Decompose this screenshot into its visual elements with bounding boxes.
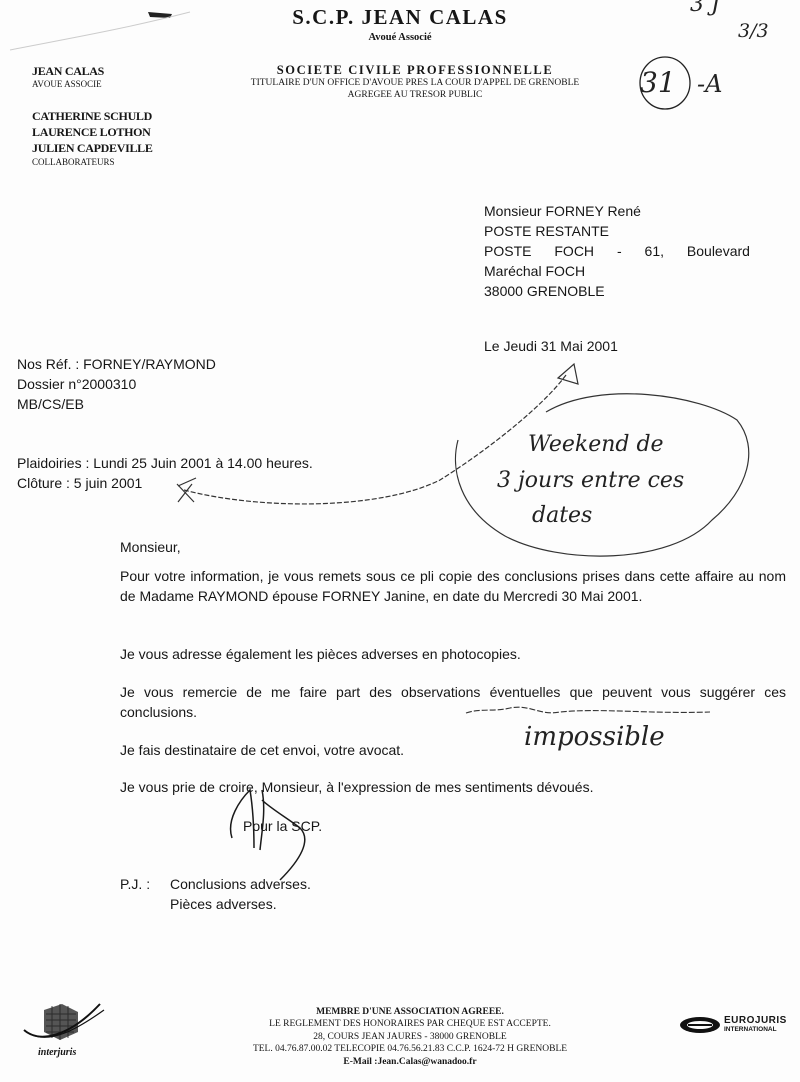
handwritten-note-line: dates: [532, 503, 592, 528]
enclosures-label: P.J. :: [120, 876, 150, 892]
salutation: Monsieur,: [120, 538, 786, 558]
body-paragraph: Je vous remercie de me faire part des ob…: [120, 683, 786, 722]
body-paragraph: Je fais destinataire de cet envoi, votre…: [120, 741, 786, 761]
firm-name: S.C.P. JEAN CALAS: [0, 5, 800, 30]
footer-line: 28, COURS JEAN JAURES - 38000 GRENOBLE: [220, 1031, 600, 1044]
collaborator-name: JULIEN CAPDEVILLE: [32, 141, 153, 156]
dossier-number: Dossier n°2000310: [17, 374, 136, 394]
footer-line: TEL. 04.76.87.00.02 TELECOPIE 04.76.56.2…: [220, 1043, 600, 1056]
handwritten-page-marker: 3 J: [690, 0, 720, 17]
recipient-line: 38000 GRENOBLE: [484, 281, 750, 301]
eurojuris-logo-sublabel: INTERNATIONAL: [724, 1026, 777, 1033]
handwritten-doc-ref: 31: [640, 66, 676, 99]
letter-date: Le Jeudi 31 Mai 2001: [484, 338, 618, 354]
enclosure-item: Pièces adverses.: [170, 896, 277, 912]
address-word: -: [617, 241, 622, 261]
firm-description-line: AGREGEE AU TRESOR PUBLIC: [190, 90, 640, 100]
address-word: FOCH: [554, 241, 594, 261]
handwritten-comment: impossible: [524, 722, 665, 752]
interjuris-logo-icon: [24, 1004, 104, 1040]
recipient-line: Maréchal FOCH: [484, 261, 750, 281]
reference-line: Nos Réf. : FORNEY/RAYMOND: [17, 354, 216, 374]
address-word: Boulevard: [687, 241, 750, 261]
partner-role: AVOUE ASSOCIE: [32, 79, 102, 89]
handwritten-doc-ref-suffix: -A: [697, 70, 722, 98]
handwritten-note-line: 3 jours entre ces: [497, 468, 684, 493]
footer-line: MEMBRE D'UNE ASSOCIATION AGREEE.: [220, 1006, 600, 1019]
footer-email: E-Mail :Jean.Calas@wanadoo.fr: [220, 1056, 600, 1069]
closing-date: Clôture : 5 juin 2001: [17, 473, 142, 493]
address-word: 61,: [645, 241, 664, 261]
eurojuris-logo-icon: [680, 1017, 720, 1033]
recipient-line: Monsieur FORNEY René: [484, 201, 750, 221]
handwritten-page-count: 3/3: [738, 20, 769, 42]
handwritten-note-line: Weekend de: [528, 432, 664, 457]
recipient-line: POSTE RESTANTE: [484, 221, 750, 241]
firm-subtitle: Avoué Associé: [0, 32, 800, 43]
enclosure-item: Conclusions adverses.: [170, 876, 311, 892]
body-paragraph: Je vous prie de croire, Monsieur, à l'ex…: [120, 778, 786, 798]
partner-name: JEAN CALAS: [32, 64, 104, 79]
body-paragraph: Pour votre information, je vous remets s…: [120, 567, 786, 606]
address-word: POSTE: [484, 241, 531, 261]
recipient-line: POSTE FOCH - 61, Boulevard: [484, 241, 750, 261]
body-paragraph: Je vous adresse également les pièces adv…: [120, 645, 786, 665]
firm-description-line: TITULAIRE D'UN OFFICE D'AVOUE PRES LA CO…: [190, 78, 640, 88]
collaborators-role: COLLABORATEURS: [32, 157, 115, 167]
collaborator-name: CATHERINE SCHULD: [32, 109, 152, 124]
footer-line: LE REGLEMENT DES HONORAIRES PAR CHEQUE E…: [220, 1018, 600, 1031]
collaborator-name: LAURENCE LOTHON: [32, 125, 151, 140]
eurojuris-logo-label: EUROJURIS: [724, 1015, 787, 1026]
signoff: Pour la SCP.: [243, 818, 322, 834]
signature: [231, 790, 305, 880]
interjuris-logo-label: interjuris: [38, 1047, 76, 1058]
initials: MB/CS/EB: [17, 394, 84, 414]
firm-type: SOCIETE CIVILE PROFESSIONNELLE: [190, 63, 640, 78]
hearing-date: Plaidoiries : Lundi 25 Juin 2001 à 14.00…: [17, 453, 313, 473]
